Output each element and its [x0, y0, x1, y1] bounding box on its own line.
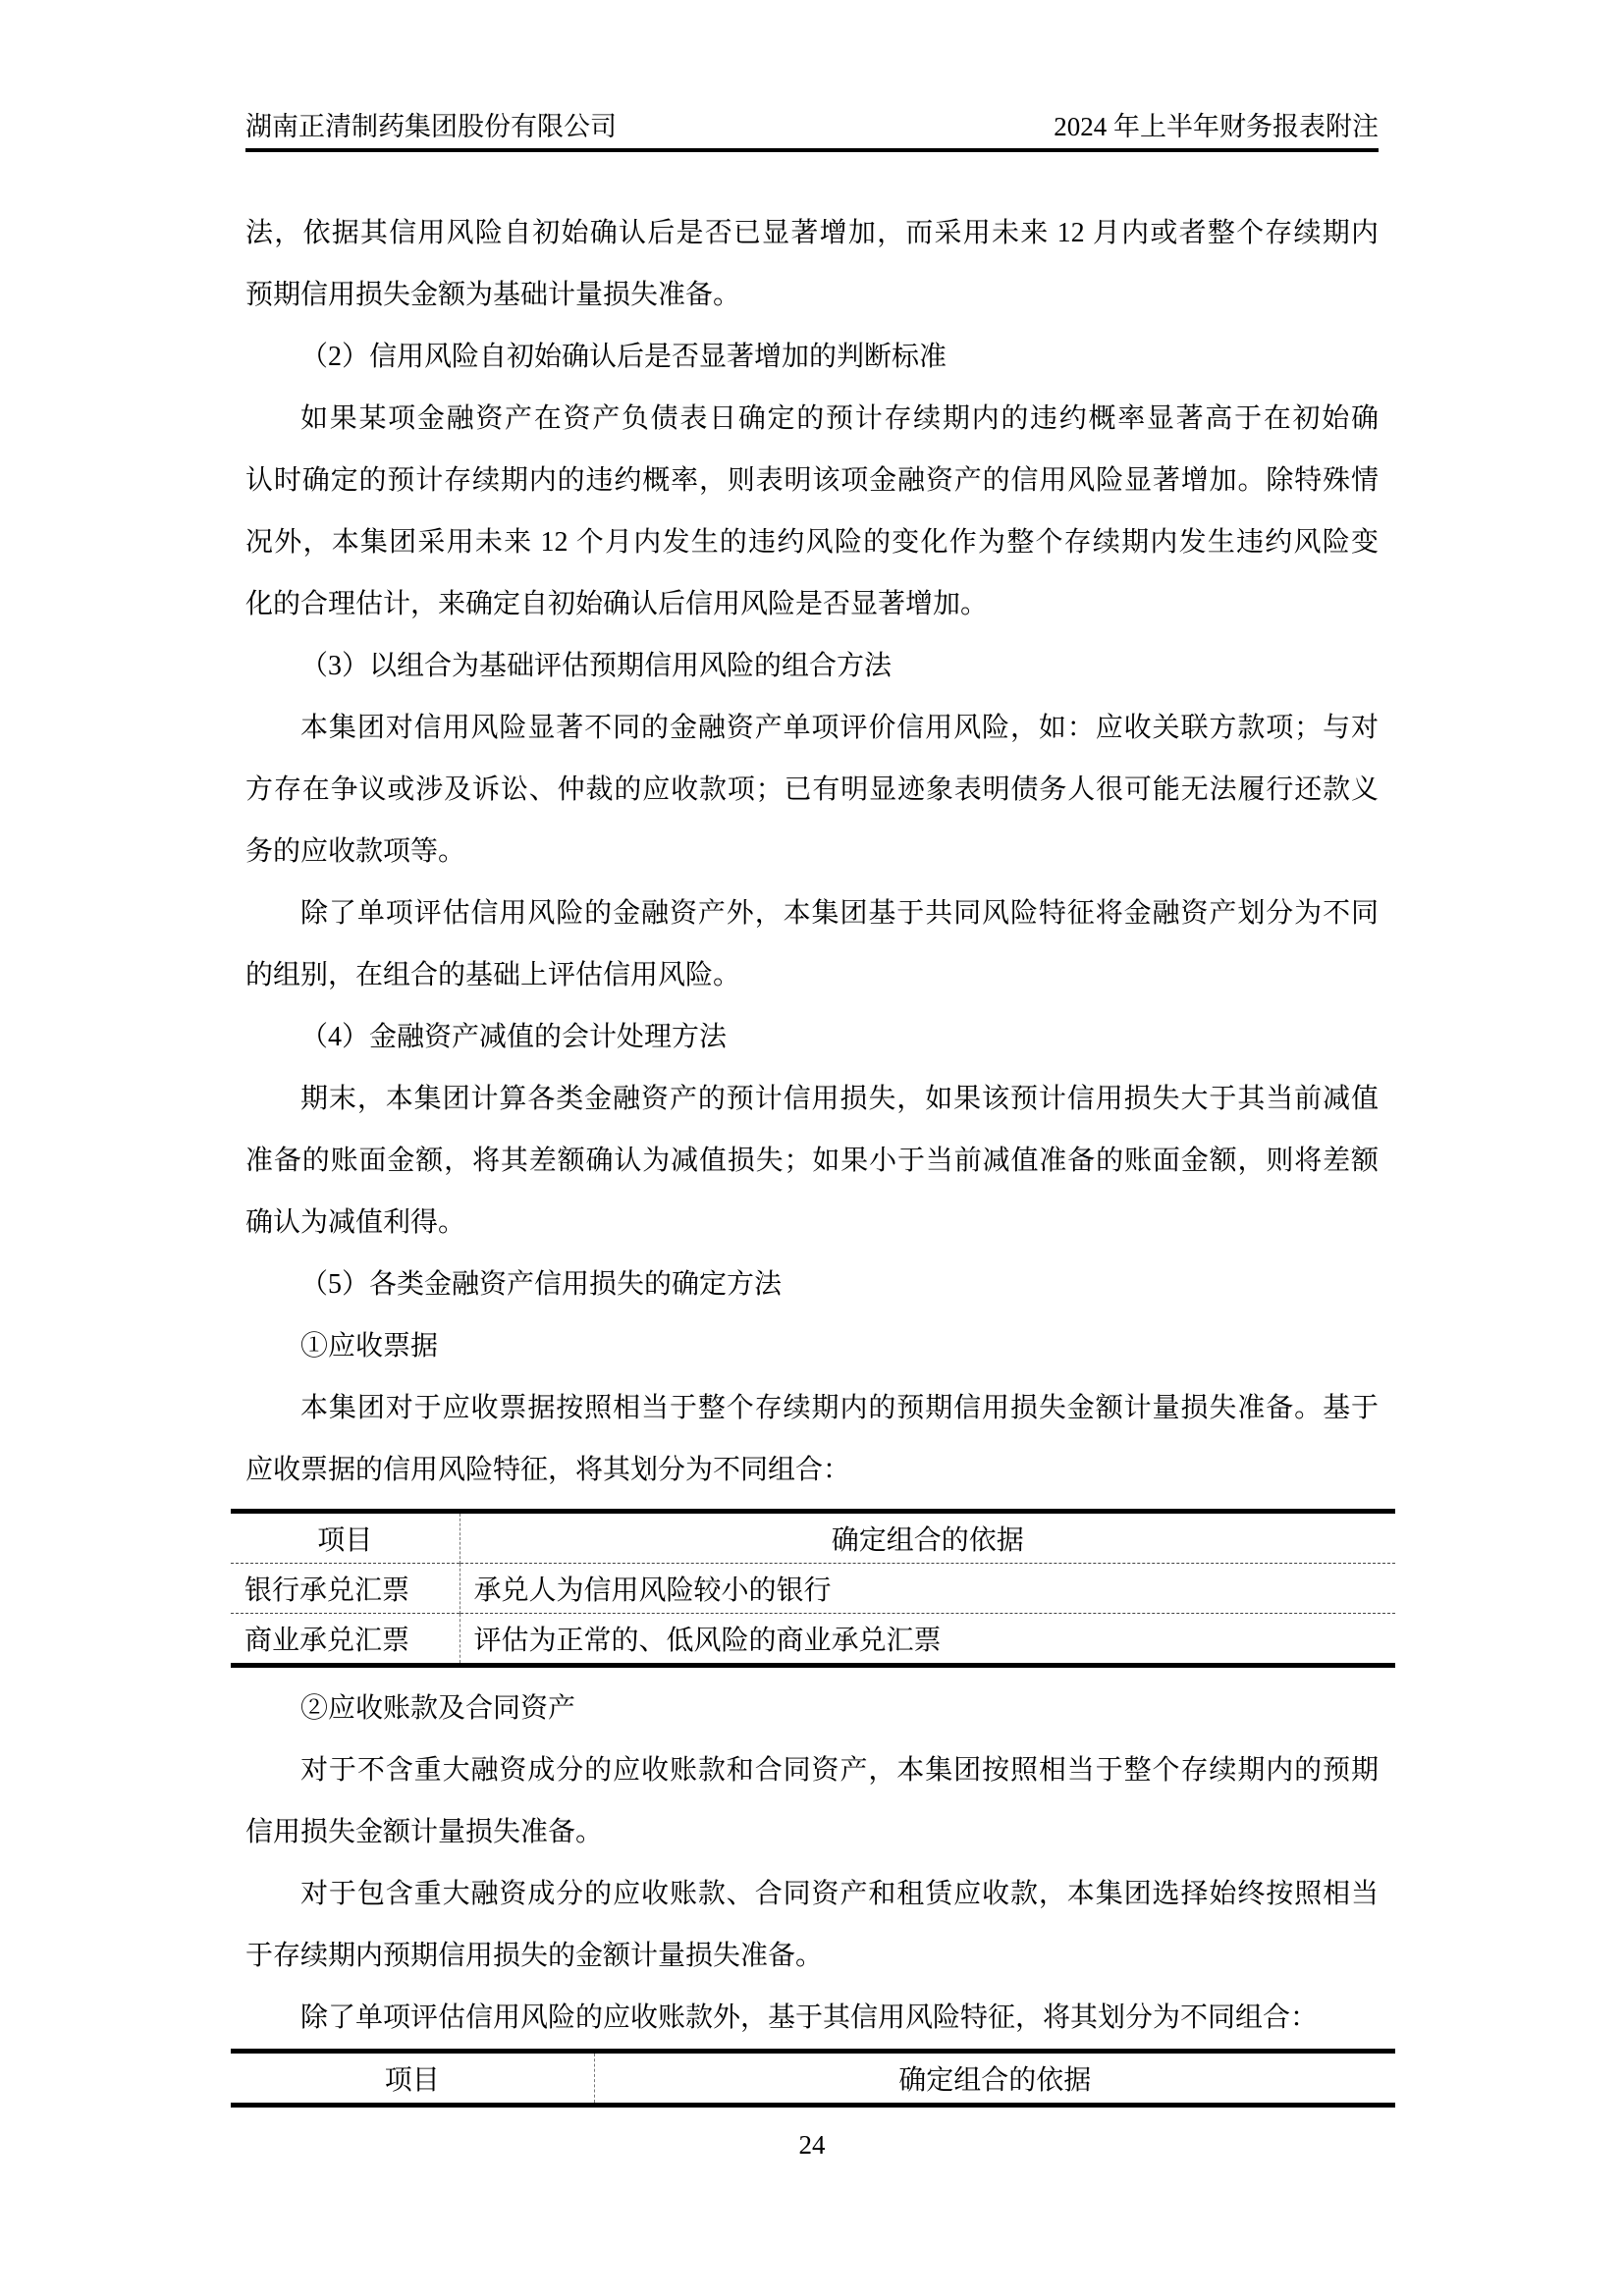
table-header-row: 项目确定组合的依据	[231, 1512, 1395, 1564]
page-number: 24	[0, 2130, 1624, 2161]
text-line: 本集团对信用风险显著不同的金融资产单项评价信用风险，如：应收关联方款项；与对	[245, 697, 1379, 759]
text-line: （5）各类金融资产信用损失的确定方法	[245, 1254, 1379, 1315]
table-header-cell: 项目	[231, 2052, 594, 2106]
text-line: （3）以组合为基础评估预期信用风险的组合方法	[245, 635, 1379, 697]
accounts-receivable-groups-table: 项目确定组合的依据	[231, 2049, 1395, 2108]
table-cell: 评估为正常的、低风险的商业承兑汇票	[460, 1614, 1395, 1666]
body-text-block-1: 法，依据其信用风险自初始确认后是否已显著增加，而采用未来 12 月内或者整个存续…	[245, 202, 1379, 1501]
table-head: 项目确定组合的依据	[231, 2052, 1395, 2106]
table-header-cell: 确定组合的依据	[594, 2052, 1395, 2106]
body-text-block-2: ②应收账款及合同资产对于不含重大融资成分的应收账款和合同资产，本集团按照相当于整…	[245, 1678, 1379, 2049]
table-cell: 商业承兑汇票	[231, 1614, 460, 1666]
text-line: 的组别，在组合的基础上评估信用风险。	[245, 944, 1379, 1006]
table-body: 银行承兑汇票承兑人为信用风险较小的银行商业承兑汇票评估为正常的、低风险的商业承兑…	[231, 1564, 1395, 1666]
text-line: 法，依据其信用风险自初始确认后是否已显著增加，而采用未来 12 月内或者整个存续…	[245, 202, 1379, 264]
text-line: 信用损失金额计量损失准备。	[245, 1801, 1379, 1863]
text-line: （2）信用风险自初始确认后是否显著增加的判断标准	[245, 326, 1379, 388]
table-row: 银行承兑汇票承兑人为信用风险较小的银行	[231, 1564, 1395, 1614]
text-line: 方存在争议或涉及诉讼、仲裁的应收款项；已有明显迹象表明债务人很可能无法履行还款义	[245, 759, 1379, 821]
text-line: 本集团对于应收票据按照相当于整个存续期内的预期信用损失金额计量损失准备。基于	[245, 1377, 1379, 1439]
text-line: 化的合理估计，来确定自初始确认后信用风险是否显著增加。	[245, 573, 1379, 635]
text-line: 准备的账面金额，将其差额确认为减值损失；如果小于当前减值准备的账面金额，则将差额	[245, 1130, 1379, 1192]
text-line: ②应收账款及合同资产	[245, 1678, 1379, 1739]
text-line: 于存续期内预期信用损失的金额计量损失准备。	[245, 1925, 1379, 1987]
document-page: 湖南正清制药集团股份有限公司 2024 年上半年财务报表附注 法，依据其信用风险…	[0, 0, 1624, 2296]
table-cell: 银行承兑汇票	[231, 1564, 460, 1614]
text-line: 除了单项评估信用风险的金融资产外，本集团基于共同风险特征将金融资产划分为不同	[245, 882, 1379, 944]
text-line: 况外，本集团采用未来 12 个月内发生的违约风险的变化作为整个存续期内发生违约风…	[245, 511, 1379, 573]
text-line: 预期信用损失金额为基础计量损失准备。	[245, 264, 1379, 326]
text-line: 如果某项金融资产在资产负债表日确定的预计存续期内的违约概率显著高于在初始确	[245, 388, 1379, 450]
header-rule	[245, 148, 1379, 152]
text-line: 认时确定的预计存续期内的违约概率，则表明该项金融资产的信用风险显著增加。除特殊情	[245, 450, 1379, 511]
notes-receivable-groups-table: 项目确定组合的依据 银行承兑汇票承兑人为信用风险较小的银行商业承兑汇票评估为正常…	[231, 1509, 1395, 1668]
table-head: 项目确定组合的依据	[231, 1512, 1395, 1564]
table-row: 商业承兑汇票评估为正常的、低风险的商业承兑汇票	[231, 1614, 1395, 1666]
running-header: 湖南正清制药集团股份有限公司 2024 年上半年财务报表附注	[245, 110, 1379, 152]
text-line: 除了单项评估信用风险的应收账款外，基于其信用风险特征，将其划分为不同组合：	[245, 1987, 1379, 2049]
text-line: （4）金融资产减值的会计处理方法	[245, 1006, 1379, 1068]
table-cell: 承兑人为信用风险较小的银行	[460, 1564, 1395, 1614]
text-line: 对于包含重大融资成分的应收账款、合同资产和租赁应收款，本集团选择始终按照相当	[245, 1863, 1379, 1925]
table-header-cell: 项目	[231, 1512, 460, 1564]
text-line: 应收票据的信用风险特征，将其划分为不同组合：	[245, 1439, 1379, 1501]
header-doc-title: 2024 年上半年财务报表附注	[1054, 110, 1379, 143]
text-line: 确认为减值利得。	[245, 1192, 1379, 1254]
table-header-row: 项目确定组合的依据	[231, 2052, 1395, 2106]
page-content: 法，依据其信用风险自初始确认后是否已显著增加，而采用未来 12 月内或者整个存续…	[245, 202, 1379, 2108]
text-line: ①应收票据	[245, 1315, 1379, 1377]
text-line: 对于不含重大融资成分的应收账款和合同资产，本集团按照相当于整个存续期内的预期	[245, 1739, 1379, 1801]
header-company-name: 湖南正清制药集团股份有限公司	[245, 110, 617, 143]
table-header-cell: 确定组合的依据	[460, 1512, 1395, 1564]
text-line: 务的应收款项等。	[245, 821, 1379, 882]
text-line: 期末，本集团计算各类金融资产的预计信用损失，如果该预计信用损失大于其当前减值	[245, 1068, 1379, 1130]
